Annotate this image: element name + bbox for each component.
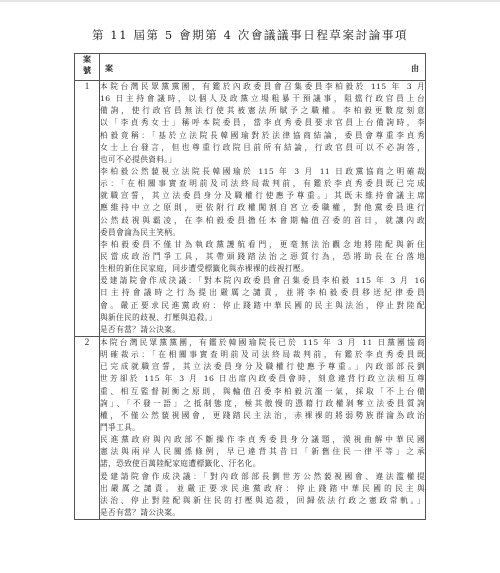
case-number: 2 [75,336,100,519]
reason-line: 出嚴厲之譴責。並嚴正要求民進黨政府：停止踐踏中華民國的民主與 [100,483,425,495]
reason-line: 諾，恐致使百萬陸配家庭遭標籤化、汙名化。 [100,458,425,470]
reason-line: 李柏毅委員不僅甘為執政黨護航看門，更毫無法治觀念地將陸配與新住 [100,239,425,251]
header-case-reason: 案 由 [100,54,426,81]
header-no-char-1: 案 [75,54,99,65]
case-number: 1 [75,81,100,337]
header-case-number: 案 號 [75,54,100,81]
reason-line: 生根的新住民家庭，同步遭受標籤化與赤裸裸的歧視打壓。 [100,263,425,275]
reason-line: 明確裁示：「在相關事實查明前及司法終局裁判前，有鑑於李貞秀委員既 [100,349,425,361]
reason-line: 民進黨政府與內政部不斷操作李貞秀委員身分議題，漠視曲解中華民國 [100,434,425,446]
reason-line: 會。嚴正要求民進黨政府：停止踐踏中華民國的民主與法治，停止對陸配 [100,300,425,312]
table-header-row: 案 號 案 由 [75,54,426,81]
reason-line: 重、相互監督制衡之原則，與輪值召委李柏毅沆瀣一氣，採取「不上台備 [100,386,425,398]
reason-line: 16 日主持會議時，以個人及政黨立場粗暴干預議事，阻擋行政官員上台 [100,93,425,105]
reason-line: 日主持會議時之行為提出嚴厲之譴責，並將李柏毅委員移送紀律委員 [100,287,425,299]
reason-line: 已完成就職宣誓，其立法委員身分及職權行使應予尊重。」內政部部長劉 [100,361,425,373]
reason-line: 本院台灣民眾黨黨團，有鑑於內政委員會召集委員李柏毅於 115 年 3 月 [100,81,425,93]
page-title: 第 11 屆第 5 會期第 4 次會議議事日程草案討論事項 [0,27,500,43]
top-edge-strip [0,0,500,2]
reason-line: 以「李貞秀女士」稱呼本院委員，當李貞秀委員要求官員上台備詢時，李 [100,117,425,129]
reason-line: 法治、停止對陸配與新住民的打壓與追殺，回歸依法行政之憲政常軌。」 [100,495,425,507]
header-reason-left: 案 [105,63,113,74]
reason-line: 應維持中立之原則，更依附行政權闖割自宮立委職權，對他黨委員進行 [100,202,425,214]
reason-line: 本院台灣民眾黨黨團，有鑑於韓國瑜院長已於 115 年 3 月 11 日黨團協商 [100,337,425,349]
reason-line: 民當成政治鬥爭工具，其帶頭踐踏法治之惡質行為，恐將助長在台落地 [100,251,425,263]
reason-line: 憲法與兩岸人民關係條例，早已違背其昔日「新舊住民一律平等」之承 [100,446,425,458]
table-row: 2 本院台灣民眾黨黨團，有鑑於韓國瑜院長已於 115 年 3 月 11 日黨團協… [75,336,426,519]
table-row: 1 本院台灣民眾黨黨團，有鑑於內政委員會召集委員李柏毅於 115 年 3 月 1… [75,81,426,337]
reason-line: 詢」、「不發一語」之抵制態度，極其傲慢的憑藉行政權剝奪立法委員質詢 [100,398,425,410]
header-no-char-2: 號 [75,65,99,76]
header-reason-right: 由 [411,63,419,74]
reason-line: 李柏毅公然藐視立法院長韓國瑜於 115 年 3 月 11 日政黨協商之明確裁 [100,166,425,178]
reason-line: 是否有當？請公決案。 [100,324,425,336]
case-reason: 本院台灣民眾黨黨團，有鑑於內政委員會召集委員李柏毅於 115 年 3 月 16 … [100,81,426,337]
reason-line: 爰建請院會作成決議：「對本院內政委員會召集委員李柏毅 115 年 3 月 16 [100,275,425,287]
reason-line: 委員會淪為民主笑柄。 [100,227,425,239]
reason-line: 備詢，使行政官員無法行使其被憲法所賦予之職權。李柏毅更數度刻意 [100,105,425,117]
reason-line: 權，不僅公然藐視國會，更踐踏民主法治，赤裸裸的將弱勢族群淪為政治 [100,410,425,422]
reason-line: 是否有當？請公決案。 [100,507,425,519]
reason-line: 柏毅竟稱：「基於立法院長韓國瑜對於法律協商結論，委員會尊重李貞秀 [100,130,425,142]
agenda-table: 案 號 案 由 1 本院台灣民眾黨黨團，有鑑於內政委員會召集委員李柏毅於 115… [74,53,426,520]
reason-line: 爰建請院會作成決議：「對內政部部長劉世芳公然藐視國會、違法濫權提 [100,471,425,483]
case-reason: 本院台灣民眾黨黨團，有鑑於韓國瑜院長已於 115 年 3 月 11 日黨團協商 … [100,336,426,519]
reason-line: 與新住民的歧視、打壓與追殺。」 [100,312,425,324]
reason-line: 示：「在相關事實查明前及司法終局裁判前，有鑑於李貞秀委員既已完成 [100,178,425,190]
reason-line: 世芳卻於 115 年 3 月 16 日出席內政委員會時，刻意違背行政立法相互尊 [100,373,425,385]
reason-line: 公然歧視與霸凌，在李柏毅委員擔任本會期輪值召委的首日，就讓內政 [100,215,425,227]
reason-line: 也可不必提供資料。」 [100,154,425,166]
reason-line: 女士上台發言，但也尊重行政院目前所有結論，行政官員可以不必詢答， [100,142,425,154]
reason-line: 就職宣誓，其立法委員身分及職權行使應予尊重。」其既未維持會議主席 [100,190,425,202]
reason-line: 鬥爭工具。 [100,422,425,434]
